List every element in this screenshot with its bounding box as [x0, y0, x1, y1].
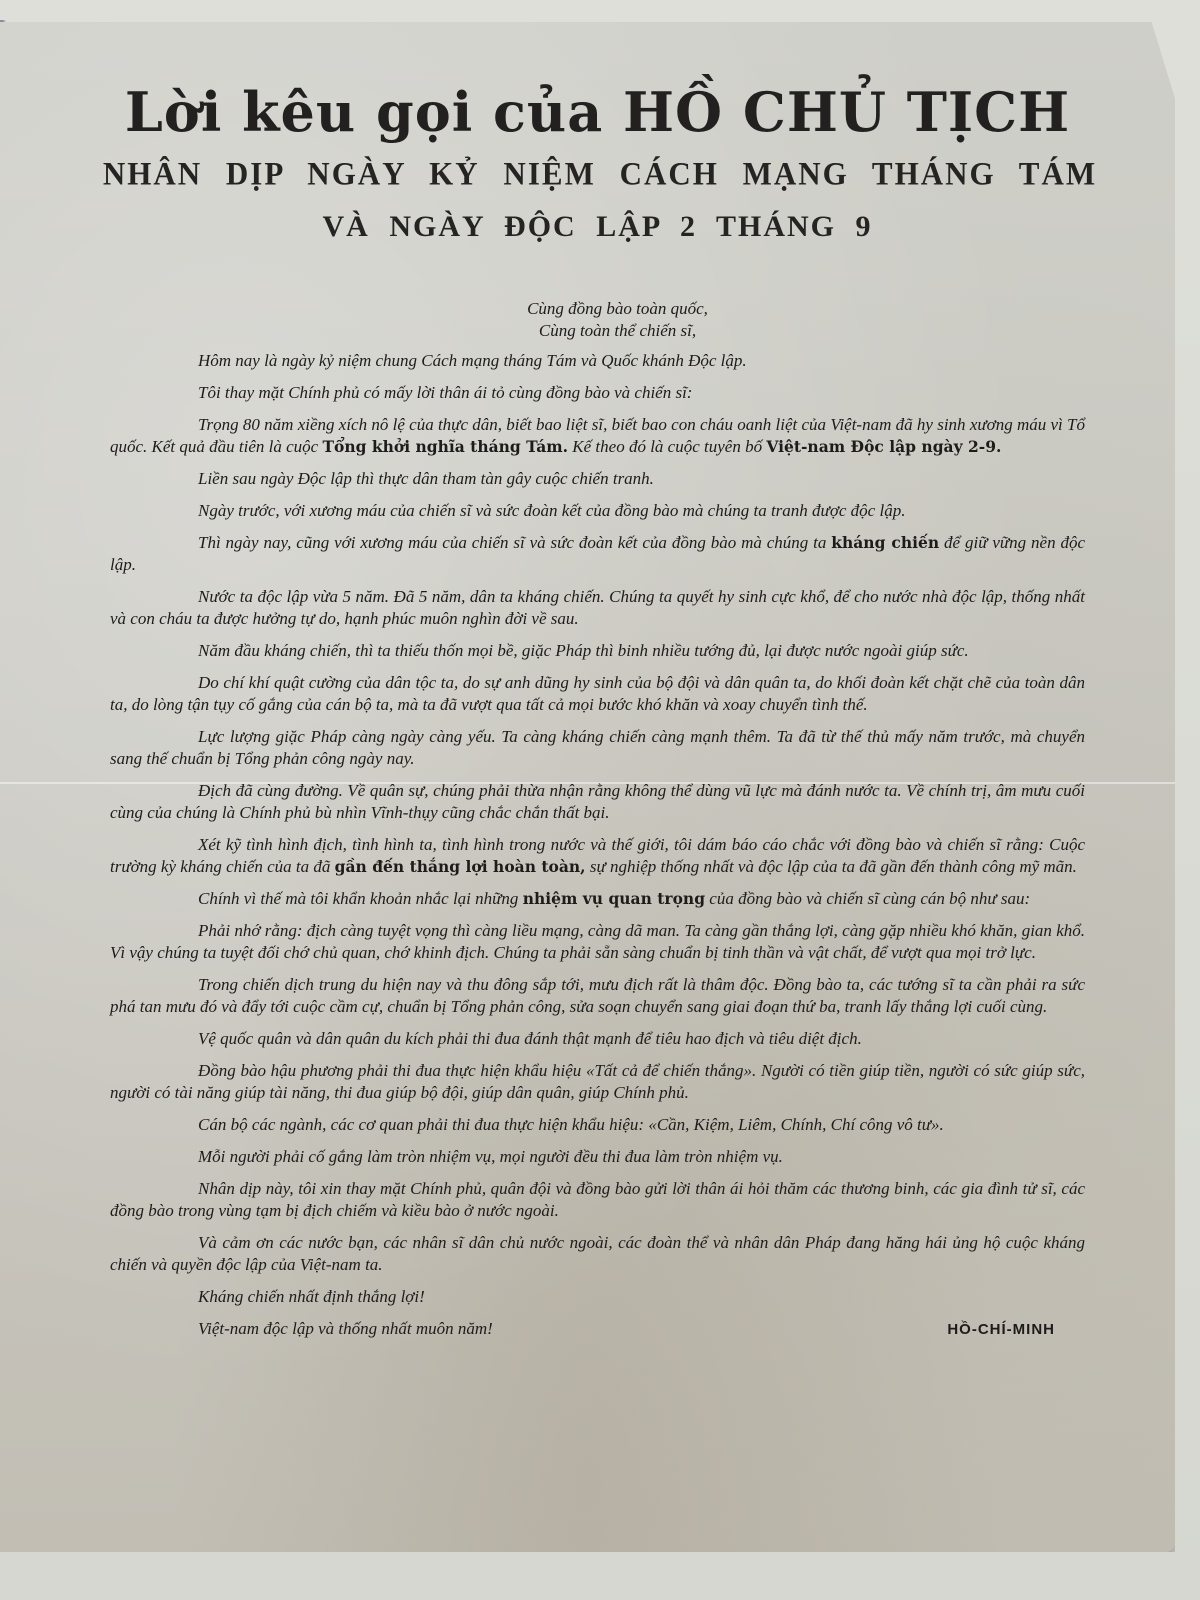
emphasis-text: nhiệm vụ quan trọng: [523, 889, 705, 908]
paragraph: Xét kỹ tình hình địch, tình hình ta, tìn…: [110, 834, 1085, 878]
paragraph-text: Chính vì thế mà tôi khẩn khoản nhắc lại …: [198, 889, 523, 908]
paragraph: Nước ta độc lập vừa 5 năm. Đã 5 năm, dân…: [110, 586, 1085, 630]
paragraph-text: Cán bộ các ngành, các cơ quan phải thi đ…: [198, 1115, 944, 1134]
closing-slogan: Kháng chiến nhất định thắng lợi!: [198, 1286, 1085, 1308]
salutation: Cùng đồng bào toàn quốc, Cùng toàn thể c…: [110, 298, 1085, 342]
emphasis-text: Tổng khởi nghĩa tháng Tám.: [322, 437, 568, 456]
paragraph-text: Ngày trước, với xương máu của chiến sĩ v…: [198, 501, 905, 520]
paragraph: Thì ngày nay, cũng với xương máu của chi…: [110, 532, 1085, 576]
salutation-line: Cùng toàn thể chiến sĩ,: [150, 320, 1085, 342]
closing-slogan: Việt-nam độc lập và thống nhất muôn năm!: [198, 1318, 493, 1340]
paragraph-text: Do chí khí quật cường của dân tộc ta, do…: [110, 673, 1085, 714]
paragraph: Vệ quốc quân và dân quân du kích phải th…: [110, 1028, 1085, 1050]
salutation-line: Cùng đồng bào toàn quốc,: [150, 298, 1085, 320]
paragraph: Năm đầu kháng chiến, thì ta thiếu thốn m…: [110, 640, 1085, 662]
paragraph: Lực lượng giặc Pháp càng ngày càng yếu. …: [110, 726, 1085, 770]
paragraph-text: Lực lượng giặc Pháp càng ngày càng yếu. …: [110, 727, 1085, 768]
paragraph-text: Trong chiến dịch trung du hiện nay và th…: [110, 975, 1085, 1016]
closing-row: Việt-nam độc lập và thống nhất muôn năm!…: [198, 1318, 1055, 1340]
document-subtitle-line2: VÀ NGÀY ĐỘC LẬP 2 THÁNG 9: [110, 208, 1085, 246]
emphasis-text: gần đến thắng lợi hoàn toàn,: [335, 857, 586, 876]
paragraph: Ngày trước, với xương máu của chiến sĩ v…: [110, 500, 1085, 522]
document-subtitle-line1: NHÂN DỊP NGÀY KỶ NIỆM CÁCH MẠNG THÁNG TÁ…: [70, 153, 1130, 195]
emphasis-text: kháng chiến: [831, 533, 939, 552]
paragraph: Đồng bào hậu phương phải thi đua thực hi…: [110, 1060, 1085, 1104]
document-body: Hôm nay là ngày kỷ niệm chung Cách mạng …: [110, 350, 1085, 1276]
paragraph-text: Liền sau ngày Độc lập thì thực dân tham …: [198, 469, 654, 488]
paragraph-text: Vệ quốc quân và dân quân du kích phải th…: [198, 1029, 862, 1048]
paragraph: Do chí khí quật cường của dân tộc ta, do…: [110, 672, 1085, 716]
paragraph: Cán bộ các ngành, các cơ quan phải thi đ…: [110, 1114, 1085, 1136]
paragraph-text: Năm đầu kháng chiến, thì ta thiếu thốn m…: [198, 641, 969, 660]
paragraph: Và cảm ơn các nước bạn, các nhân sĩ dân …: [110, 1232, 1085, 1276]
paragraph-text: sự nghiệp thống nhất và độc lập của ta đ…: [586, 857, 1077, 876]
paragraph: Nhân dịp này, tôi xin thay mặt Chính phủ…: [110, 1178, 1085, 1222]
paragraph: Trong chiến dịch trung du hiện nay và th…: [110, 974, 1085, 1018]
signature: HỒ-CHÍ-MINH: [947, 1321, 1055, 1338]
paragraph: Chính vì thế mà tôi khẩn khoản nhắc lại …: [110, 888, 1085, 910]
document-title: Lời kêu gọi của HỒ CHỦ TỊCH: [110, 80, 1085, 144]
paragraph: Hôm nay là ngày kỷ niệm chung Cách mạng …: [110, 350, 1085, 372]
paragraph-text: của đồng bào và chiến sĩ cùng cán bộ như…: [705, 889, 1030, 908]
paragraph-text: Thì ngày nay, cũng với xương máu của chi…: [198, 533, 831, 552]
paragraph-text: Tôi thay mặt Chính phủ có mấy lời thân á…: [198, 383, 692, 402]
document-content: Lời kêu gọi của HỒ CHỦ TỊCH NHÂN DỊP NGÀ…: [110, 80, 1085, 1340]
paragraph-text: Và cảm ơn các nước bạn, các nhân sĩ dân …: [110, 1233, 1085, 1274]
emphasis-text: Việt-nam Độc lập ngày 2-9.: [766, 437, 1001, 456]
paragraph: Tôi thay mặt Chính phủ có mấy lời thân á…: [110, 382, 1085, 404]
paragraph-text: Phải nhớ rằng: địch càng tuyệt vọng thì …: [110, 921, 1085, 962]
paragraph: Mỗi người phải cố gắng làm tròn nhiệm vụ…: [110, 1146, 1085, 1168]
paragraph: Trọng 80 năm xiềng xích nô lệ của thực d…: [110, 414, 1085, 458]
paragraph-text: Kế theo đó là cuộc tuyên bố: [568, 437, 766, 456]
paragraph: Địch đã cùng đường. Về quân sự, chúng ph…: [110, 780, 1085, 824]
paragraph-text: Hôm nay là ngày kỷ niệm chung Cách mạng …: [198, 351, 747, 370]
paragraph: Phải nhớ rằng: địch càng tuyệt vọng thì …: [110, 920, 1085, 964]
paragraph-text: Nước ta độc lập vừa 5 năm. Đã 5 năm, dân…: [110, 587, 1085, 628]
paragraph: Liền sau ngày Độc lập thì thực dân tham …: [110, 468, 1085, 490]
paragraph-text: Nhân dịp này, tôi xin thay mặt Chính phủ…: [110, 1179, 1085, 1220]
paragraph-text: Địch đã cùng đường. Về quân sự, chúng ph…: [110, 781, 1085, 822]
paragraph-text: Mỗi người phải cố gắng làm tròn nhiệm vụ…: [198, 1147, 783, 1166]
paragraph-text: Đồng bào hậu phương phải thi đua thực hi…: [110, 1061, 1085, 1102]
